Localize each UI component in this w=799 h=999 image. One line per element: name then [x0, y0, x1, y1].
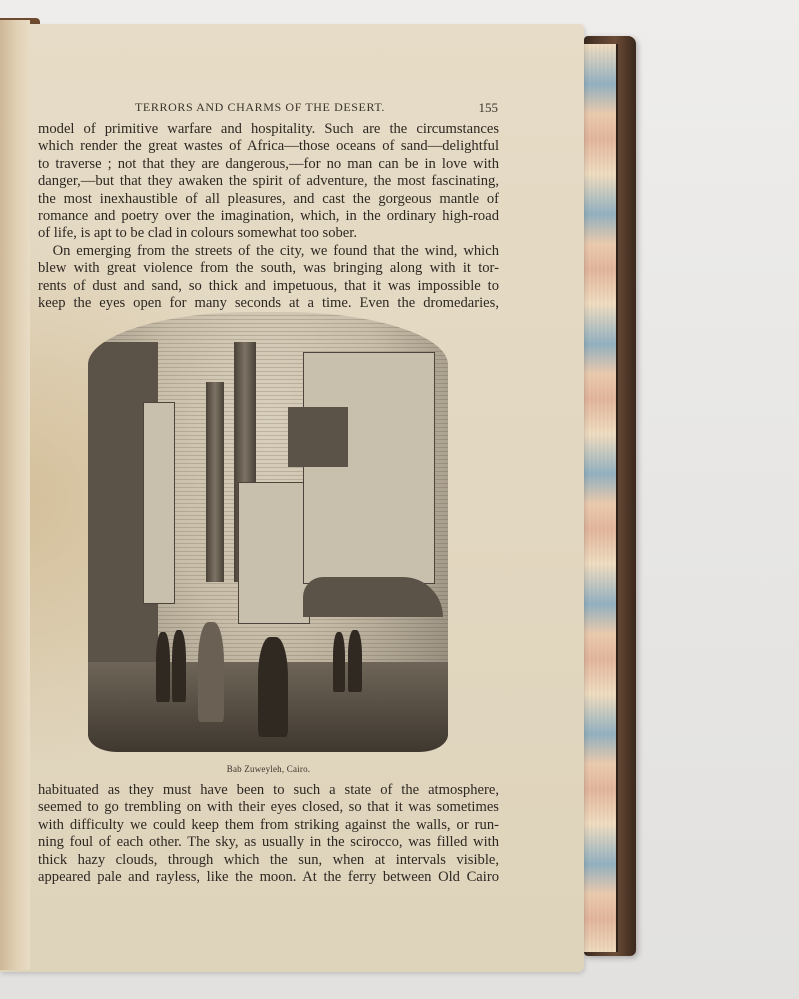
building-center — [238, 482, 310, 624]
text-line: habituated as they must have been to suc… — [38, 782, 499, 799]
marbled-fore-edge — [578, 44, 618, 952]
figure-person — [258, 637, 288, 737]
text-line: which render the great wastes of Africa—… — [38, 138, 499, 155]
building-left-light — [143, 402, 175, 604]
text-line: model of primitive warfare and hospitali… — [38, 121, 499, 138]
text-line: ning foul of each other. The sky, as usu… — [38, 834, 499, 851]
text-line: rents of dust and sand, so thick and imp… — [38, 278, 499, 295]
text-line: the most inexhaustible of all pleasures,… — [38, 191, 499, 208]
text-line: keep the eyes open for many seconds at a… — [38, 295, 499, 312]
minaret-left — [206, 382, 224, 582]
body-text-bottom: habituated as they must have been to suc… — [38, 782, 499, 886]
text-line: thick hazy clouds, through which the sun… — [38, 852, 499, 869]
market-awning — [303, 577, 443, 617]
figure-person — [172, 630, 186, 702]
building-overhang — [288, 407, 348, 467]
text-line: danger,—but that they awaken the spirit … — [38, 173, 499, 190]
text-line: On emerging from the streets of the city… — [38, 243, 499, 260]
text-line: to traverse ; not that they are dangerou… — [38, 156, 499, 173]
text-line: of life, is apt to be clad in colours so… — [38, 225, 499, 242]
text-line: romance and poetry over the imagination,… — [38, 208, 499, 225]
page-number: 155 — [479, 100, 499, 116]
left-page-gutter — [0, 20, 30, 970]
building-right — [303, 352, 435, 584]
figure-caption: Bab Zuweyleh, Cairo. — [38, 764, 499, 774]
engraving-illustration — [88, 312, 448, 752]
running-head: TERRORS AND CHARMS OF THE DESERT. 155 — [38, 100, 498, 118]
running-title: TERRORS AND CHARMS OF THE DESERT. — [135, 100, 385, 115]
text-line: appeared pale and rayless, like the moon… — [38, 869, 499, 886]
text-line: with difficulty we could keep them from … — [38, 817, 499, 834]
body-text-top: model of primitive warfare and hospitali… — [38, 121, 499, 312]
figure-person — [198, 622, 224, 722]
text-line: seemed to go trembling on with their eye… — [38, 799, 499, 816]
figure-person — [333, 632, 345, 692]
text-line: blew with great violence from the south,… — [38, 260, 499, 277]
figure-person — [348, 630, 362, 692]
figure-person — [156, 632, 170, 702]
